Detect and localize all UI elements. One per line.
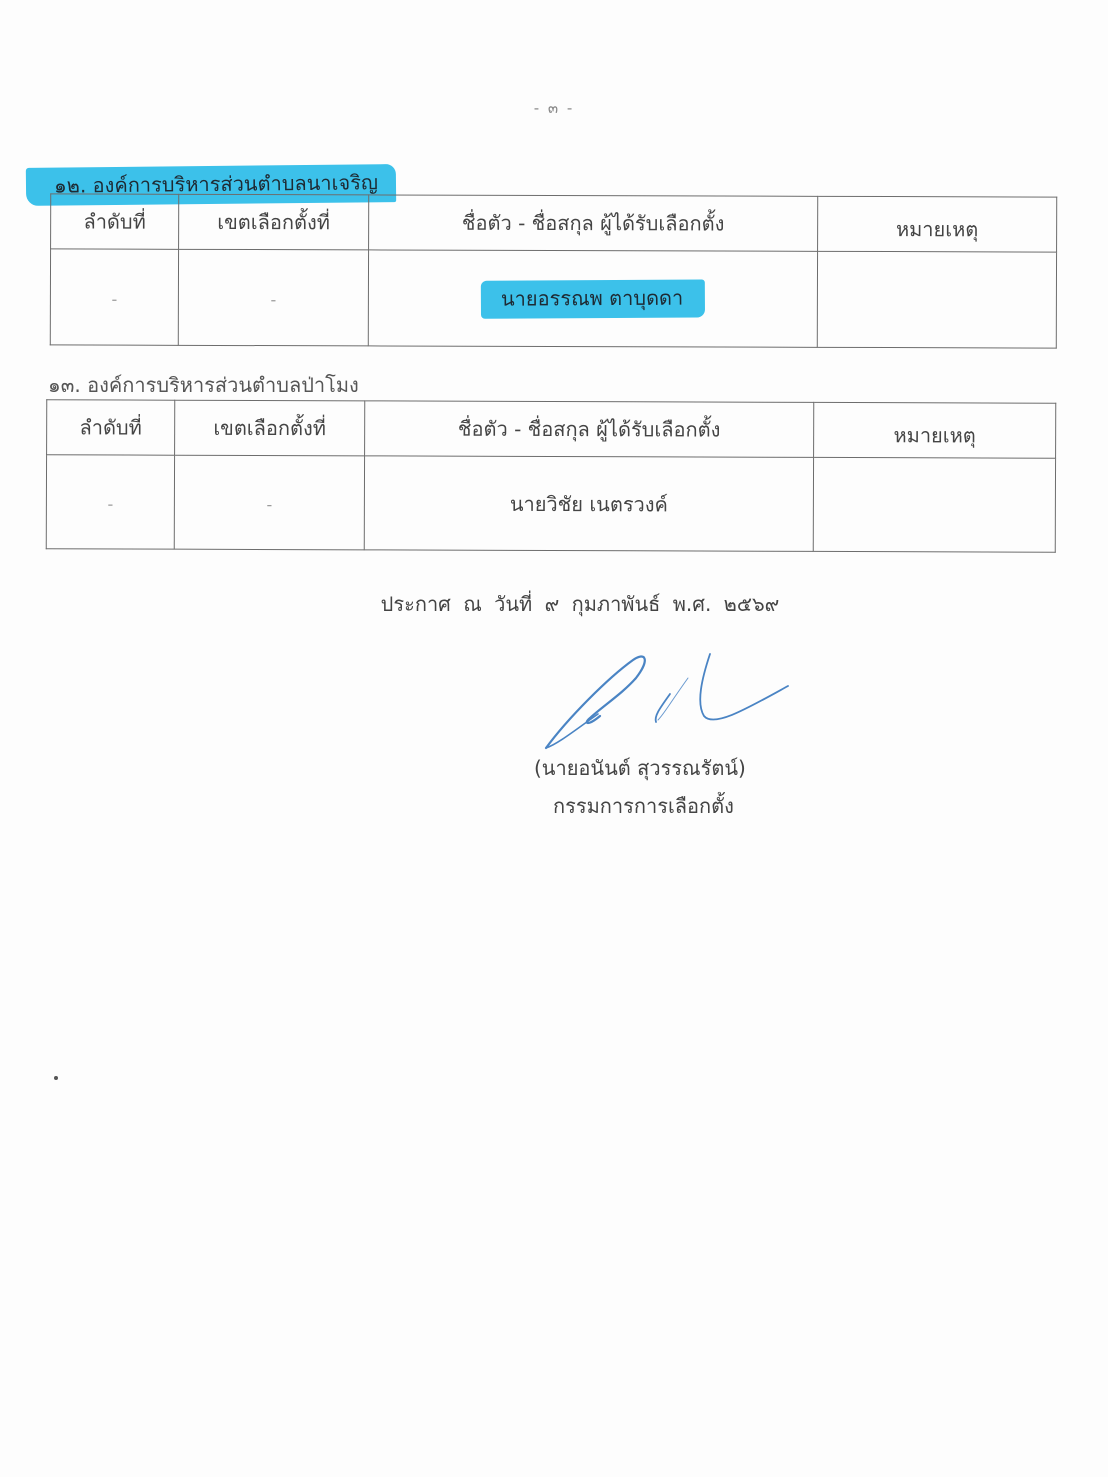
column-header-order: ลำดับที่: [51, 194, 179, 249]
elected-name: นายวิชัย เนตรวงค์: [510, 491, 668, 516]
cell-order: -: [46, 455, 174, 549]
page-number: - ๓ -: [0, 96, 1108, 120]
column-header-district: เขตเลือกตั้งที่: [175, 400, 365, 456]
cell-district: -: [178, 249, 368, 346]
column-header-order: ลำดับที่: [47, 400, 175, 455]
scan-speck: [54, 1076, 58, 1080]
signer-title: กรรมการการเลือกตั้ง: [553, 790, 734, 822]
cell-order: -: [50, 249, 178, 345]
results-table-12: ลำดับที่ เขตเลือกตั้งที่ ชื่อตัว - ชื่อส…: [50, 193, 1057, 348]
table-row: - - นายอรรณพ ตาบุดดา: [50, 249, 1056, 348]
signature-icon: [538, 648, 798, 758]
table-header-row: ลำดับที่ เขตเลือกตั้งที่ ชื่อตัว - ชื่อส…: [47, 400, 1056, 459]
cell-name: นายอรรณพ ตาบุดดา: [368, 250, 817, 347]
column-header-district: เขตเลือกตั้งที่: [179, 194, 369, 250]
cell-name: นายวิชัย เนตรวงค์: [364, 456, 813, 552]
results-table-13: ลำดับที่ เขตเลือกตั้งที่ ชื่อตัว - ชื่อส…: [46, 399, 1057, 553]
column-header-note: หมายเหตุ: [814, 402, 1056, 458]
column-header-note: หมายเหตุ: [818, 196, 1057, 252]
table-header-row: ลำดับที่ เขตเลือกตั้งที่ ชื่อตัว - ชื่อส…: [51, 194, 1057, 252]
column-header-name: ชื่อตัว - ชื่อสกุล ผู้ได้รับเลือกตั้ง: [369, 195, 818, 251]
column-header-name: ชื่อตัว - ชื่อสกุล ผู้ได้รับเลือกตั้ง: [365, 401, 814, 458]
cell-note: [817, 251, 1056, 348]
cell-note: [813, 457, 1055, 552]
announcement-date: ประกาศ ณ วันที่ ๙ กุมภาพันธ์ พ.ศ. ๒๕๖๙: [0, 588, 1108, 620]
section-heading-13: ๑๓. องค์การบริหารส่วนตำบลป่าโมง: [48, 369, 359, 401]
elected-name-highlighted: นายอรรณพ ตาบุดดา: [481, 279, 706, 318]
cell-district: -: [174, 455, 364, 550]
signer-name: (นายอนันต์ สุวรรณรัตน์): [534, 752, 746, 784]
table-row: - - นายวิชัย เนตรวงค์: [46, 455, 1055, 553]
